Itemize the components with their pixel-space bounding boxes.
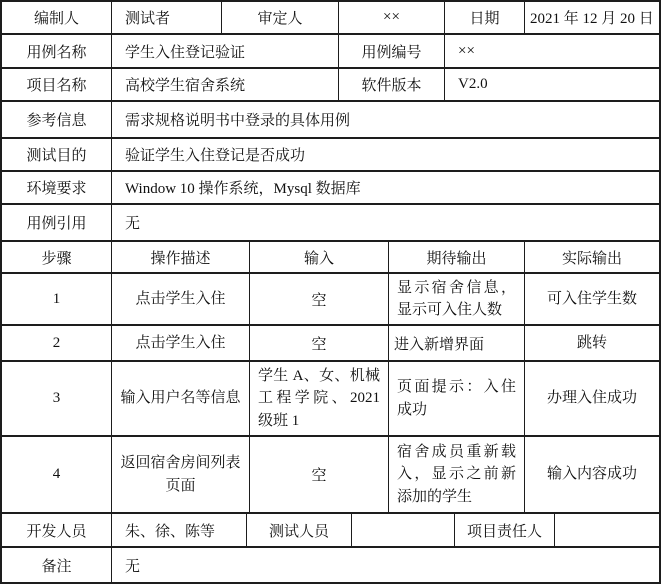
header-row-case-name: 用例名称 学生入住登记验证 用例编号 ×× — [2, 35, 659, 69]
header-row-author: 编制人 测试者 审定人 ×× 日期 2021 年 12 月 20 日 — [2, 2, 659, 35]
testers-label-cell: 测试人员 — [247, 514, 352, 546]
step-row-4: 4 返回宿舍房间列表页面 空 宿舍成员重新载入，显示之前新添加的学生 输入内容成… — [2, 437, 659, 514]
step1-expected-cell: 显示宿舍信息，显示可入住人数 — [389, 274, 525, 324]
reference-row: 参考信息 需求规格说明书中登录的具体用例 — [2, 102, 659, 139]
developers-value-cell: 朱、徐、陈等 — [112, 514, 247, 546]
step2-actual-cell: 跳转 — [525, 326, 659, 360]
step-row-1: 1 点击学生入住 空 显示宿舍信息，显示可入住人数 可入住学生数 — [2, 274, 659, 326]
step4-expected-cell: 宿舍成员重新载入，显示之前新添加的学生 — [389, 437, 525, 512]
environment-row: 环境要求 Window 10 操作系统，Mysql 数据库 — [2, 172, 659, 205]
personnel-row: 开发人员 朱、徐、陈等 测试人员 项目责任人 — [2, 514, 659, 548]
step2-input-cell: 空 — [250, 326, 389, 360]
version-value-cell: V2.0 — [445, 69, 659, 100]
steps-header-no: 步骤 — [2, 242, 112, 272]
environment-label-cell: 环境要求 — [2, 172, 112, 203]
note-row: 备注 无 — [2, 548, 659, 582]
project-value-cell: 高校学生宿舍系统 — [112, 69, 339, 100]
step1-no-cell: 1 — [2, 274, 112, 324]
note-label-cell: 备注 — [2, 548, 112, 582]
reference-value-cell: 需求规格说明书中登录的具体用例 — [112, 102, 659, 137]
purpose-label-cell: 测试目的 — [2, 139, 112, 170]
step1-action-cell: 点击学生入住 — [112, 274, 250, 324]
author-label-cell: 编制人 — [2, 2, 112, 33]
step-row-3: 3 输入用户名等信息 学生 A、女、机械工程学院、2021 级班 1 页面提示：… — [2, 362, 659, 437]
steps-header-expected: 期待输出 — [389, 242, 525, 272]
step3-actual-cell: 办理入住成功 — [525, 362, 659, 435]
step4-input-cell: 空 — [250, 437, 389, 512]
step1-actual-cell: 可入住学生数 — [525, 274, 659, 324]
step4-actual-cell: 输入内容成功 — [525, 437, 659, 512]
reviewer-value-cell: ×× — [339, 2, 445, 33]
version-label-cell: 软件版本 — [339, 69, 445, 100]
test-case-table: 编制人 测试者 审定人 ×× 日期 2021 年 12 月 20 日 用例名称 … — [0, 0, 661, 584]
environment-value-cell: Window 10 操作系统，Mysql 数据库 — [112, 172, 659, 203]
reference-label-cell: 参考信息 — [2, 102, 112, 137]
case-name-value-cell: 学生入住登记验证 — [112, 35, 339, 67]
step4-action-cell: 返回宿舍房间列表页面 — [112, 437, 250, 512]
author-value-cell: 测试者 — [112, 2, 222, 33]
steps-header-input: 输入 — [250, 242, 389, 272]
step4-no-cell: 4 — [2, 437, 112, 512]
citation-row: 用例引用 无 — [2, 205, 659, 242]
project-label-cell: 项目名称 — [2, 69, 112, 100]
step3-action-cell: 输入用户名等信息 — [112, 362, 250, 435]
purpose-row: 测试目的 验证学生入住登记是否成功 — [2, 139, 659, 172]
testers-value-cell — [352, 514, 455, 546]
step2-expected-cell: 进入新增界面 — [389, 326, 525, 360]
step1-input-cell: 空 — [250, 274, 389, 324]
steps-header-action: 操作描述 — [112, 242, 250, 272]
reviewer-label-cell: 审定人 — [222, 2, 339, 33]
header-row-project: 项目名称 高校学生宿舍系统 软件版本 V2.0 — [2, 69, 659, 102]
steps-header-row: 步骤 操作描述 输入 期待输出 实际输出 — [2, 242, 659, 274]
date-label-cell: 日期 — [445, 2, 525, 33]
steps-header-actual: 实际输出 — [525, 242, 659, 272]
case-id-label-cell: 用例编号 — [339, 35, 445, 67]
note-value-cell: 无 — [112, 548, 659, 582]
citation-value-cell: 无 — [112, 205, 659, 240]
owner-label-cell: 项目责任人 — [455, 514, 555, 546]
step2-no-cell: 2 — [2, 326, 112, 360]
step2-action-cell: 点击学生入住 — [112, 326, 250, 360]
date-value-cell: 2021 年 12 月 20 日 — [525, 2, 659, 33]
case-id-value-cell: ×× — [445, 35, 659, 67]
step3-expected-cell: 页面提示：入住成功 — [389, 362, 525, 435]
step-row-2: 2 点击学生入住 空 进入新增界面 跳转 — [2, 326, 659, 362]
step3-no-cell: 3 — [2, 362, 112, 435]
purpose-value-cell: 验证学生入住登记是否成功 — [112, 139, 659, 170]
citation-label-cell: 用例引用 — [2, 205, 112, 240]
owner-value-cell — [555, 514, 659, 546]
step3-input-cell: 学生 A、女、机械工程学院、2021 级班 1 — [250, 362, 389, 435]
case-name-label-cell: 用例名称 — [2, 35, 112, 67]
developers-label-cell: 开发人员 — [2, 514, 112, 546]
